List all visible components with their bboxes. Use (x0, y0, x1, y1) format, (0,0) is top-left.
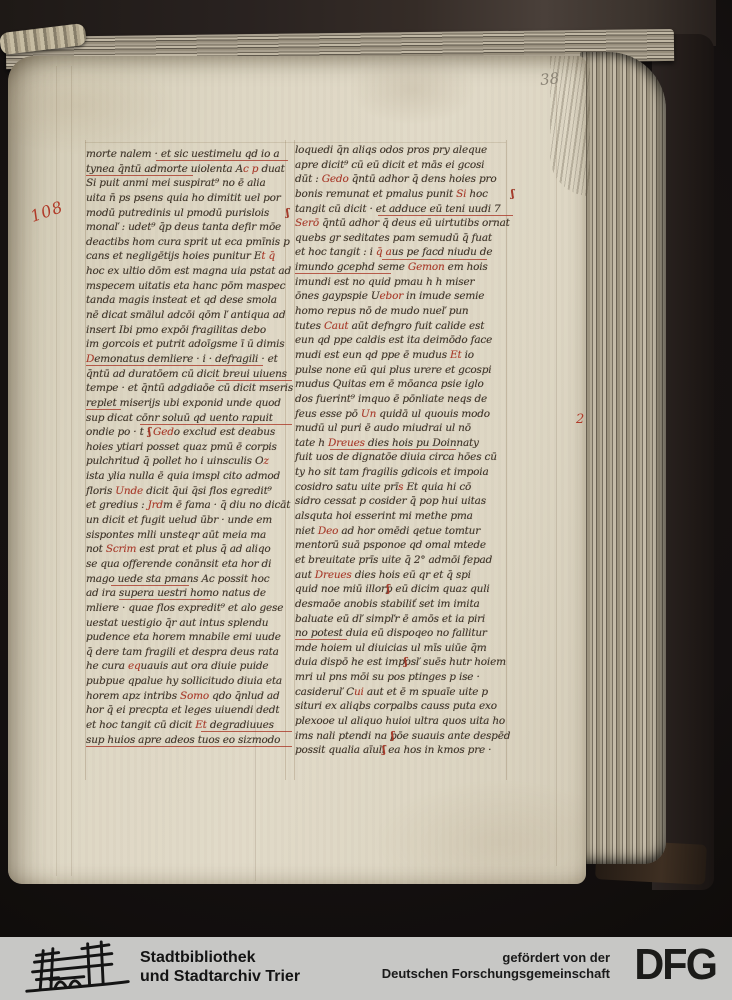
rubric-underline (86, 365, 263, 366)
rubric-underline (86, 175, 193, 176)
institution-line1: Stadtbibliothek (140, 948, 300, 967)
rubric-paragraph-mark: ʃ (511, 188, 514, 200)
gutter-crease (71, 66, 72, 876)
manuscript-line: tangit cū dicit · et adduce eū teni uudi… (295, 203, 513, 218)
manuscript-line: mudus Quitas em ē mōanca psie iglo (295, 378, 513, 393)
rubric-underline (382, 259, 487, 260)
manuscript-line: Si puit anmi mei suspirat⁹ no ē alia (86, 177, 292, 192)
rubric-underline (295, 273, 391, 274)
gutter-crease (56, 66, 57, 876)
manuscript-line: deactibs hom cura sprit ut eca pmīnis p (86, 236, 292, 251)
manuscript-line: uestat uestigio q̄r aut intus splendu (86, 617, 292, 632)
rubric-underline (378, 215, 513, 216)
margin-note-red: 108 (28, 197, 66, 226)
manuscript-line: Serō q̄ntū adhor q̄ deus eū uirtutibs or… (295, 217, 513, 232)
manuscript-line: no potest duia eū dispoqeo no fallitur (295, 627, 513, 642)
manuscript-line: tate h Dreues dies hois pu Doinnaty (295, 437, 513, 452)
manuscript-line: tutes Caut aūt defngro fuit calide est (295, 320, 513, 335)
manuscript-line: tynea q̄ntū admorte uiolenta Ac p duat (86, 163, 292, 178)
manuscript-line: imundi est no quid pmau h h miser (295, 276, 513, 291)
manuscript-line: sispontes mlli unsteqr aūt meia ma (86, 529, 292, 544)
manuscript-line: horem apz intribs Somo qdo q̄nlud ad (86, 690, 292, 705)
manuscript-line: et hoc tangit cū dicit Et degradiuues (86, 719, 292, 734)
manuscript-line: sidro cessat p cosider q̄ pop hui uitas (295, 495, 513, 510)
manuscript-line: dos fuerint⁹ imquo ē pōnliate neqs de (295, 393, 513, 408)
page-edges-fore (580, 52, 666, 864)
institution-name: Stadtbibliothek und Stadtarchiv Trier (140, 948, 300, 986)
manuscript-line: pudence eta horem mnabile emi uude (86, 631, 292, 646)
digitized-manuscript-viewer: 38 108 2 morte nalem · et sic uestimelu … (0, 0, 732, 1000)
funding-line2: Deutschen Forschungsgemeinschaft (382, 966, 610, 982)
manuscript-page: 38 108 2 morte nalem · et sic uestimelu … (8, 56, 586, 884)
manuscript-line: loquedi q̄n aliqs odos pros pry aleque (295, 144, 513, 159)
manuscript-line: mri ul pns mōi su pos ptinges p ise · (295, 671, 513, 686)
manuscript-line: cans et negligētijs hoies punitur Et q̄ (86, 250, 292, 265)
institution-line2: und Stadtarchiv Trier (140, 967, 300, 986)
manuscript-line: floris Unde dicit q̄ui q̄si flos egredit… (86, 485, 292, 500)
manuscript-line: un dicit et fugit uelud ūbr · unde em (86, 514, 292, 529)
fold-crease (556, 86, 557, 866)
manuscript-line: nē dicat smälul adcōi qōm ľ antiqua ad (86, 309, 292, 324)
rubric-underline (119, 599, 210, 600)
manuscript-line: ista ylia nulla ē quia imspl cito admod (86, 470, 292, 485)
manuscript-line: monaľ : udet⁹ q̄p deus tanta defir mōe (86, 221, 292, 236)
manuscript-line: aut Dreues dies hois eū qr et q̄ spi (295, 569, 513, 584)
manuscript-line: morte nalem · et sic uestimelu qd io a (86, 148, 292, 163)
manuscript-line: baluate eū dľ simpľr ē amōs et ia piri (295, 613, 513, 628)
book-photo: 38 108 2 morte nalem · et sic uestimelu … (0, 0, 732, 937)
manuscript-line: pulse none eū qui plus urere et gcospi (295, 364, 513, 379)
manuscript-line: ad ira supera uestri homo natus de (86, 587, 292, 602)
rubric-underline (111, 585, 189, 586)
manuscript-line: sup dicat cōnr soluū qd uento rapuit (86, 412, 292, 427)
manuscript-line: mago uede sta pmans Ac possit hoc (86, 573, 292, 588)
text-column-right: loquedi q̄n aliqs odos pros pry alequeap… (295, 144, 513, 759)
rubric-underline (86, 409, 121, 410)
manuscript-line: et hoc tangit : i q̄ aus pe facd niudu d… (295, 246, 513, 261)
rubric-paragraph-mark: ʃ (404, 656, 407, 668)
manuscript-line: imundo gcephd seme Gemon em hois (295, 261, 513, 276)
manuscript-line: Demonatus demliere · i · defragili · et (86, 353, 292, 368)
manuscript-line: ōnes gaypspie Uebor in imude semie (295, 290, 513, 305)
rubric-underline (140, 424, 292, 425)
manuscript-line: et gredius : Jrdm ē fama · q̄ diu no dic… (86, 499, 292, 514)
rubric-paragraph-mark: ʃ (148, 426, 151, 438)
manuscript-line: se qua offerende conānsit eta hor di (86, 558, 292, 573)
manuscript-line: et breuitate prīs uite q̄ 2° admōi fepad (295, 554, 513, 569)
manuscript-line: tanda magis insteat et qd dese smola (86, 294, 292, 309)
manuscript-line: insert Ibi pmo expōi fragilitas debo (86, 324, 292, 339)
manuscript-line: mudū ul puri ē audo miudrai ul nō (295, 422, 513, 437)
folio-number: 38 (539, 69, 560, 89)
manuscript-line: mspecem uitatis eta hanc pōm maspec (86, 280, 292, 295)
manuscript-line: feus esse pō Un quidā ul quouis modo (295, 408, 513, 423)
manuscript-line: pulchritud q̄ pollet ho i uinsculis Oz (86, 455, 292, 470)
manuscript-line: ty ho sit tam fragilis gdicois et impoia (295, 466, 513, 481)
rubric-underline (156, 160, 288, 161)
funding-line1: gefördert von der (382, 950, 610, 966)
manuscript-line: hoies ytiari posset quaz pmū ē corpis (86, 441, 292, 456)
manuscript-line: dūt : Gedo q̄ntū adhor q̄ dens hoies pro (295, 173, 513, 188)
manuscript-line: sup huios apre adeos tuos eo sizmodo (86, 734, 292, 749)
dfg-logo: DFG (620, 941, 716, 990)
manuscript-line: uita n̄ ps psens quia ho dimitit uel por (86, 192, 292, 207)
manuscript-line: desmaōe anobis stabiliť set im imita (295, 598, 513, 613)
manuscript-line: alsquta hoi esserint mi methe pma (295, 510, 513, 525)
manuscript-line: eun qd ppe caldis est ita deimōdo face (295, 334, 513, 349)
manuscript-line: homo repus nō de mudo nueľ pun (295, 305, 513, 320)
funding-credit: gefördert von der Deutschen Forschungsge… (382, 950, 610, 982)
manuscript-line: fuit uos de dignatōe diuia circa hōes cū (295, 451, 513, 466)
manuscript-line: mentorū suā psponoe qd omal mtede (295, 539, 513, 554)
manuscript-line: possit qualia aīuli ea hos in kmos pre ·… (295, 744, 513, 759)
manuscript-line: ims nali ptendi na pōe suauis ante despē… (295, 730, 513, 745)
manuscript-line: im gorcois et putrit adoīgsme ī ū dimis (86, 338, 292, 353)
manuscript-line: apre dicit⁹ cū eū dicit et mās ei gcosi (295, 159, 513, 174)
rubric-paragraph-mark: ʃ (286, 207, 289, 219)
footer-bar: Stadtbibliothek und Stadtarchiv Trier ge… (0, 937, 732, 1000)
manuscript-line: hoc ex ultio dōm est magna uia pstat ad (86, 265, 292, 280)
rubric-underline (201, 731, 292, 732)
manuscript-line: modū putredinis ul pmodū purisloisʃ (86, 207, 292, 222)
manuscript-line: mudi est eun qd ppe ē mudus Et io (295, 349, 513, 364)
rubric-paragraph-mark: ʃ (387, 583, 390, 595)
rubric-underline (216, 380, 292, 381)
manuscript-line: niet Deo ad hor omēdi qetue tomtur (295, 525, 513, 540)
manuscript-line: q̄ dere tam fragili et despra deus rata (86, 646, 292, 661)
rubric-underline (295, 639, 347, 640)
rubric-underline (330, 449, 456, 450)
manuscript-line: quebs gr seditates pam semudū q̄ fuat (295, 232, 513, 247)
manuscript-line: pubpue qpalue hy sollicitudo diuia eta (86, 675, 292, 690)
manuscript-line: replet miserijs ubi exponid unde quod (86, 397, 292, 412)
manuscript-line: he cura equauis aut ora diuie puide (86, 660, 292, 675)
manuscript-line: cosidro satu uite prīs Et quia hi cō (295, 481, 513, 496)
rubric-paragraph-mark: ʃ (391, 730, 394, 742)
text-column-left: morte nalem · et sic uestimelu qd io aty… (86, 148, 292, 748)
stadtbibliothek-trier-logo-icon (24, 940, 132, 998)
manuscript-line: tempe · et q̄ntū adgdiaōe cū dicit mseri… (86, 382, 292, 397)
manuscript-line: q̄ntū ad duratōem cū dicit breui uiuens (86, 368, 292, 383)
manuscript-line: mde hoiem ul diuicias ul mīs uiūe q̄m (295, 642, 513, 657)
manuscript-line: bonis remunat et pmalus punit Si hocʃ (295, 188, 513, 203)
rubric-underline (86, 746, 292, 747)
quire-mark-red: 2 (576, 412, 584, 427)
manuscript-line: casideruľ Cui aut et ē m spuaīe uite p (295, 686, 513, 701)
manuscript-line: ondie po · t · Gedo exclud est deabusʃ (86, 426, 292, 441)
manuscript-line: mliere · quae flos expredit⁹ et alo gese (86, 602, 292, 617)
manuscript-line: situri ex aliqbs corpalbs causs puta exo (295, 700, 513, 715)
manuscript-line: duia dispō he est imposľ suēs hutr hoiem… (295, 656, 513, 671)
manuscript-line: plexooe ul aliquo huioi ultra quos uita … (295, 715, 513, 730)
manuscript-line: quid noe miū illorp eū dicim quaz quliʃ (295, 583, 513, 598)
rubric-paragraph-mark: ʃ (382, 744, 385, 756)
manuscript-line: hor q̄ ei precpta et leges uiuendi dedt (86, 704, 292, 719)
ruling-line (85, 142, 506, 143)
manuscript-line: not Scrim est prat et plus q̄ ad aliqo (86, 543, 292, 558)
